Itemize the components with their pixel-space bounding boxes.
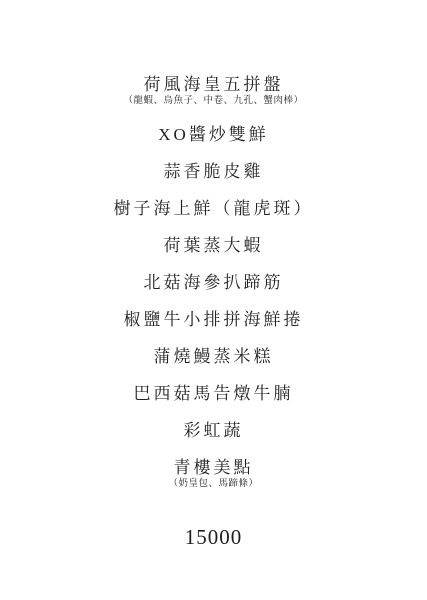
menu-item: 青樓美點 （奶皇包、馬蹄條） — [168, 458, 258, 490]
dish-name: 蒲燒鰻蒸米糕 — [154, 347, 274, 366]
dish-note: （龍蝦、烏魚子、中卷、九孔、蟹肉棒） — [123, 95, 303, 107]
dish-name: 蒜香脆皮雞 — [164, 162, 264, 181]
dish-name: 荷葉蒸大蝦 — [164, 236, 264, 255]
menu-item: 椒鹽牛小排拼海鮮捲 — [124, 310, 304, 329]
menu-list: 荷風海皇五拼盤 （龍蝦、烏魚子、中卷、九孔、蟹肉棒） XO醬炒雙鮮 蒜香脆皮雞 … — [0, 75, 427, 508]
dish-name: XO醬炒雙鮮 — [158, 125, 269, 144]
menu-item: 樹子海上鮮（龍虎斑） — [114, 199, 314, 218]
menu-page: 荷風海皇五拼盤 （龍蝦、烏魚子、中卷、九孔、蟹肉棒） XO醬炒雙鮮 蒜香脆皮雞 … — [0, 0, 427, 600]
dish-name: 青樓美點 — [173, 458, 253, 477]
menu-item: 巴西菇馬告燉牛腩 — [134, 384, 294, 403]
menu-item: 彩虹蔬 — [184, 421, 244, 440]
menu-item: 蒜香脆皮雞 — [164, 162, 264, 181]
dish-name: 樹子海上鮮（龍虎斑） — [114, 199, 314, 218]
menu-price: 15000 — [185, 524, 243, 550]
dish-name: 彩虹蔬 — [184, 421, 244, 440]
dish-name: 巴西菇馬告燉牛腩 — [134, 384, 294, 403]
dish-name: 北菇海參扒蹄筋 — [144, 273, 284, 292]
menu-item: XO醬炒雙鮮 — [158, 125, 269, 144]
menu-item: 荷葉蒸大蝦 — [164, 236, 264, 255]
dish-note: （奶皇包、馬蹄條） — [168, 478, 258, 490]
menu-item: 荷風海皇五拼盤 （龍蝦、烏魚子、中卷、九孔、蟹肉棒） — [123, 75, 303, 107]
dish-name: 荷風海皇五拼盤 — [143, 75, 283, 94]
menu-item: 蒲燒鰻蒸米糕 — [154, 347, 274, 366]
dish-name: 椒鹽牛小排拼海鮮捲 — [124, 310, 304, 329]
menu-item: 北菇海參扒蹄筋 — [144, 273, 284, 292]
